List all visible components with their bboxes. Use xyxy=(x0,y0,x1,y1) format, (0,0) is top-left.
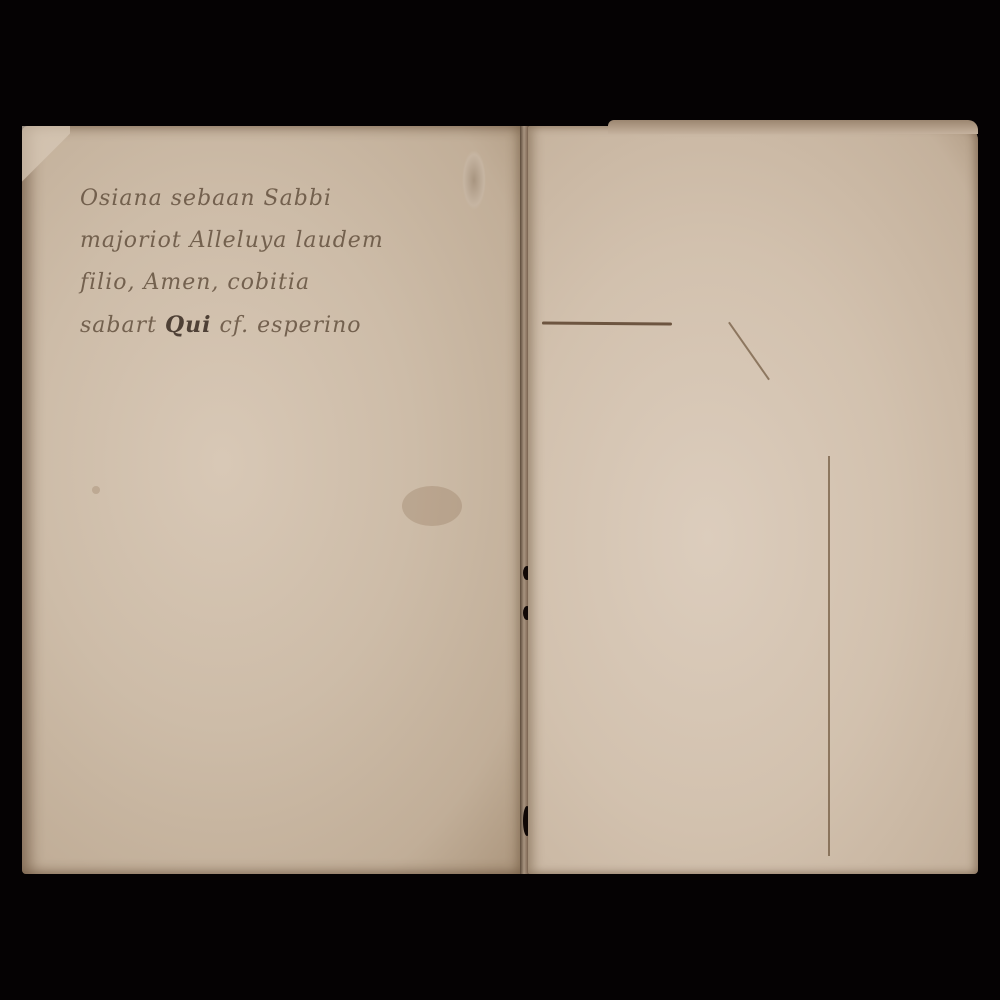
left-page: Osiana sebaan Sabbi majoriot Alleluya la… xyxy=(22,126,522,874)
struck-word: Qui xyxy=(165,312,212,338)
handwritten-line: sabart Qui cf. esperino xyxy=(80,304,500,347)
folded-corner xyxy=(22,126,70,188)
handwritten-line: majoriot Alleluya laudem xyxy=(80,220,500,262)
page-top-edge xyxy=(608,120,978,134)
ink-spot xyxy=(92,486,100,494)
handwritten-word: cf. esperino xyxy=(212,313,362,338)
paper-crack xyxy=(728,322,770,380)
paper-crack xyxy=(828,456,830,856)
handwritten-line: Osiana sebaan Sabbi xyxy=(80,178,500,220)
right-page xyxy=(528,126,978,874)
stain xyxy=(402,486,462,526)
open-book: Osiana sebaan Sabbi majoriot Alleluya la… xyxy=(22,126,978,874)
handwritten-word: sabart xyxy=(80,313,165,338)
handwritten-text: Osiana sebaan Sabbi majoriot Alleluya la… xyxy=(80,178,500,347)
handwritten-line: filio, Amen, cobitia xyxy=(80,262,500,304)
